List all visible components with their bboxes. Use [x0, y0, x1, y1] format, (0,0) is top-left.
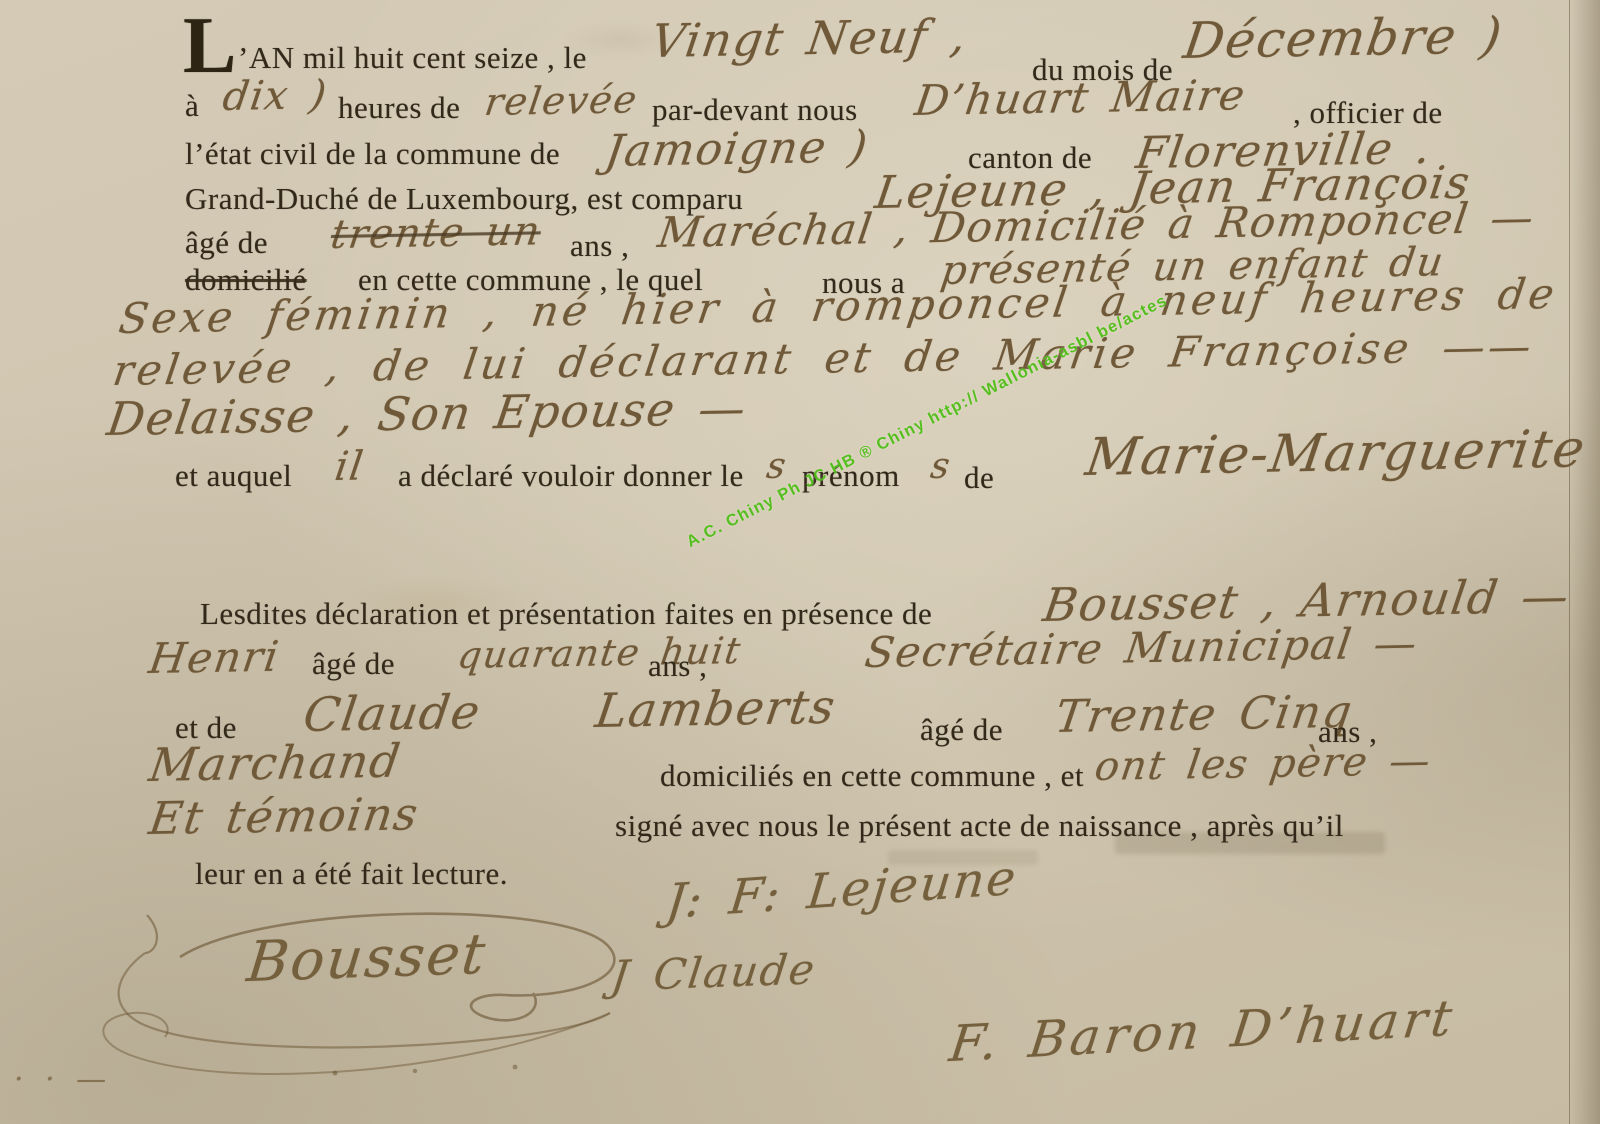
- printed-a: à: [185, 88, 199, 124]
- entry-officer-name: D’huart Maire: [912, 70, 1249, 125]
- entry-witness1-firstname: Henri: [146, 632, 283, 683]
- printed-age-de: âgé de: [312, 646, 395, 682]
- printed-domicilies: domiciliés en cette commune , et: [660, 758, 1084, 794]
- entry-ont-les-pere: ont les père —: [1092, 738, 1434, 790]
- signature-claude: J Claude: [608, 944, 819, 1000]
- entry-month: Décembre ): [1180, 6, 1507, 70]
- entry-plural-s: s: [928, 446, 954, 487]
- birth-certificate-scan: L ’AN mil huit cent seize , le Vingt Neu…: [0, 0, 1600, 1124]
- printed-year-phrase: ’AN mil huit cent seize , le: [238, 40, 587, 76]
- signature-bousset: Bousset: [244, 922, 490, 995]
- printed-signe-avec-nous: signé avec nous le présent acte de naiss…: [615, 808, 1344, 844]
- printed-heures-de: heures de: [338, 90, 460, 126]
- printed-declare-donner: a déclaré vouloir donner le: [398, 458, 744, 494]
- entry-child-names: Marie-Marguerite: [1082, 419, 1590, 488]
- signature-lejeune: J: F: Lejeune: [663, 850, 1020, 930]
- entry-declarant-age: trente un: [328, 208, 544, 258]
- entry-day: Vingt Neuf ,: [648, 9, 971, 68]
- entry-witness2-age: Trente Cinq: [1052, 685, 1357, 743]
- entry-il: il: [332, 444, 367, 490]
- entry-hour: dix ): [220, 72, 331, 120]
- printed-age-de: âgé de: [185, 225, 268, 261]
- entry-witness1-title: Secrétaire Municipal —: [862, 618, 1421, 677]
- page-right-edge: [1569, 0, 1600, 1124]
- entry-commune: Jamoigne ): [602, 121, 872, 177]
- ink-dots: · · —: [14, 1062, 108, 1097]
- entry-mere-nom: Delaisse , Son Epouse —: [104, 381, 750, 446]
- printed-age-de: âgé de: [920, 712, 1003, 748]
- printed-fait-lecture: leur en a été fait lecture.: [195, 856, 508, 892]
- entry-witness2-lastname: Lamberts: [592, 680, 840, 739]
- entry-witness2-profession: Marchand: [146, 734, 405, 792]
- printed-ans: ans ,: [648, 648, 707, 684]
- entry-et-temoins: Et témoins: [146, 787, 422, 845]
- signature-dhuart: F. Baron D’huart: [946, 989, 1459, 1073]
- printed-ans: ans ,: [570, 228, 629, 264]
- printed-et-auquel: et auquel: [175, 458, 292, 494]
- printed-etat-civil: l’état civil de la commune de: [185, 136, 560, 172]
- entry-relevee: relevée: [482, 77, 641, 124]
- printed-lesdites: Lesdites déclaration et présentation fai…: [200, 596, 932, 632]
- entry-plural-s: s: [764, 446, 790, 487]
- printed-de: de: [964, 460, 994, 496]
